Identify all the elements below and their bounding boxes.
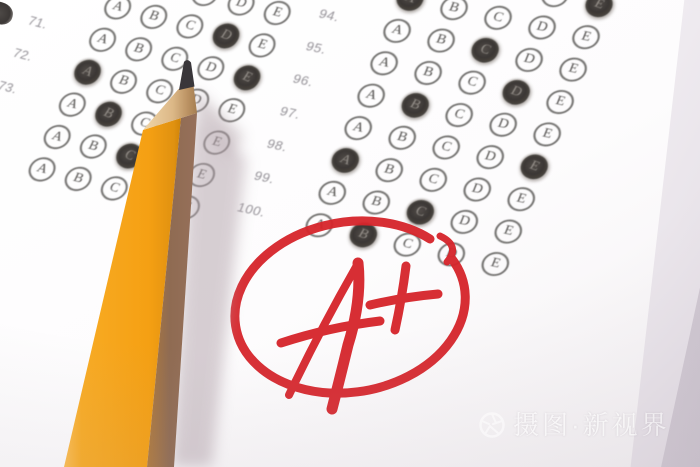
bubble-letter: A bbox=[49, 129, 65, 146]
answer-bubble: A bbox=[69, 56, 106, 88]
answer-bubble: C bbox=[466, 35, 503, 66]
bubble-letter: D bbox=[172, 125, 188, 142]
answer-bubble: B bbox=[106, 67, 142, 97]
bubble-letter: E bbox=[514, 191, 528, 207]
answer-bubble: A bbox=[39, 122, 75, 152]
answer-bubble: D bbox=[485, 110, 520, 139]
bubble-letter: B bbox=[355, 226, 372, 243]
answer-bubble: A bbox=[315, 178, 350, 207]
answer-bubble: C bbox=[441, 100, 476, 129]
bubble-letter: D bbox=[547, 0, 563, 3]
bubble-letter: B bbox=[434, 32, 449, 48]
answer-bubble: A bbox=[391, 0, 428, 14]
bubble-letter: B bbox=[146, 9, 162, 26]
answer-bubble: C bbox=[142, 76, 178, 106]
answer-bubble: C bbox=[416, 165, 451, 194]
answer-bubble: E bbox=[478, 249, 513, 278]
bubble-letter: B bbox=[407, 97, 424, 114]
answer-bubble: C bbox=[187, 0, 223, 9]
bubble-letter: A bbox=[79, 63, 97, 80]
answer-bubble: E bbox=[504, 185, 539, 214]
question-number: 100. bbox=[225, 198, 278, 222]
bubble-letter: D bbox=[507, 84, 524, 101]
bubble-letter: C bbox=[426, 172, 441, 188]
bubble-letter: D bbox=[482, 149, 498, 166]
bubble-letter: A bbox=[363, 87, 379, 104]
answer-bubble: A bbox=[85, 25, 121, 55]
bubble-letter: C bbox=[167, 50, 183, 67]
bubble-letter: B bbox=[100, 106, 117, 123]
bubble-letter: E bbox=[194, 167, 209, 184]
bubble-letter: A bbox=[401, 0, 418, 7]
bubble-letter: E bbox=[553, 94, 567, 110]
bubble-letter: C bbox=[152, 83, 168, 100]
bubble-letter: A bbox=[34, 161, 50, 178]
bubble-letter: E bbox=[540, 126, 554, 142]
answer-bubble: C bbox=[96, 173, 132, 203]
answer-bubble: C bbox=[157, 44, 193, 74]
answer-bubble: B bbox=[436, 0, 471, 23]
bubble-letter: C bbox=[400, 236, 415, 252]
answer-bubble: C bbox=[480, 3, 515, 32]
answer-bubble: E bbox=[568, 23, 603, 52]
bubble-letter: C bbox=[106, 180, 122, 197]
answer-bubble: E bbox=[529, 120, 564, 149]
question-number: 94. bbox=[303, 3, 356, 27]
answer-sheet-paper: ABCDEABCDE71.ABCDE72.ABCDE73.ABCDEABCDEA… bbox=[0, 0, 700, 467]
bubble-letter: A bbox=[337, 152, 354, 169]
answer-bubble: E bbox=[199, 128, 235, 158]
bubble-letter: B bbox=[395, 130, 410, 146]
bubble-letter: C bbox=[412, 204, 429, 221]
answer-bubble: D bbox=[434, 240, 469, 269]
bubble-letter: E bbox=[239, 69, 255, 86]
bubble-letter: C bbox=[465, 74, 480, 90]
bubble-letter: D bbox=[203, 60, 219, 77]
answer-bubble: D bbox=[163, 118, 199, 148]
bubble-letter: C bbox=[452, 107, 467, 123]
bubble-letter: D bbox=[495, 116, 511, 133]
bubble-letter: C bbox=[182, 18, 198, 35]
bubble-letter: D bbox=[521, 52, 537, 69]
answer-bubble: A bbox=[55, 90, 91, 120]
answer-bubble: E bbox=[555, 55, 590, 84]
bubble-letter: E bbox=[501, 223, 515, 239]
bubble-letter: C bbox=[121, 147, 138, 164]
bubble-letter: A bbox=[311, 217, 327, 234]
bubble-letter: B bbox=[382, 162, 397, 178]
bubble-letter: C bbox=[137, 115, 153, 132]
answer-bubble: E bbox=[259, 0, 295, 28]
answer-bubble: A bbox=[379, 16, 414, 45]
bubble-letter: E bbox=[179, 199, 194, 216]
bubble-letter: D bbox=[443, 246, 459, 263]
bubble-letter: D bbox=[157, 157, 173, 174]
bubble-letter: C bbox=[477, 42, 494, 59]
answer-bubble: A bbox=[302, 211, 337, 240]
bubble-letter: E bbox=[591, 0, 607, 13]
answer-bubble: D bbox=[497, 77, 534, 108]
bubble-letter: A bbox=[324, 185, 340, 202]
bubble-letter: A bbox=[64, 96, 80, 113]
bubble-letter: D bbox=[534, 19, 550, 36]
answer-bubble: C bbox=[429, 133, 464, 162]
answer-bubble: D bbox=[207, 20, 244, 52]
bubble-letter: E bbox=[566, 61, 580, 77]
answer-bubble: B bbox=[359, 188, 394, 217]
question-number: 71. bbox=[12, 10, 64, 35]
bubble-letter: E bbox=[255, 37, 270, 54]
answer-bubble: D bbox=[223, 0, 259, 18]
answer-bubble: C bbox=[172, 11, 208, 41]
question-number: 95. bbox=[290, 36, 343, 60]
answer-bubble: E bbox=[516, 151, 553, 182]
answer-bubble: E bbox=[244, 30, 280, 60]
bubble-letter: A bbox=[389, 23, 405, 40]
answer-bubble: D bbox=[473, 143, 508, 172]
bubble-letter: A bbox=[94, 31, 110, 48]
question-number: 96. bbox=[277, 68, 330, 92]
answer-bubble: B bbox=[385, 123, 420, 152]
answer-bubble: B bbox=[410, 58, 445, 87]
bubble-letter: D bbox=[469, 181, 485, 198]
answer-bubble: A bbox=[327, 145, 364, 176]
bubble-letter: E bbox=[526, 158, 542, 175]
answer-bubble: C bbox=[390, 230, 425, 259]
answer-bubble: E bbox=[184, 160, 220, 190]
bubble-letter: E bbox=[209, 134, 224, 151]
answer-bubble: E bbox=[580, 0, 617, 20]
answer-bubble: E bbox=[169, 192, 205, 222]
answer-bubble: D bbox=[524, 13, 559, 42]
question-number: 72. bbox=[0, 42, 49, 68]
answer-bubble: C bbox=[454, 68, 489, 97]
bubble-letter: D bbox=[456, 214, 472, 231]
question-number: 98. bbox=[251, 133, 304, 157]
answer-bubble: D bbox=[447, 207, 482, 236]
answer-bubble: D bbox=[178, 86, 214, 116]
answer-bubble: D bbox=[133, 183, 169, 213]
answer-bubble: B bbox=[372, 156, 407, 185]
bubble-letter: A bbox=[110, 0, 126, 16]
bubble-letter: E bbox=[224, 102, 239, 119]
answer-bubble: C bbox=[402, 197, 439, 228]
answer-bubble: E bbox=[228, 62, 265, 94]
bubble-letter: D bbox=[217, 27, 235, 44]
question-number: 99. bbox=[238, 165, 291, 189]
answer-bubble: A bbox=[341, 114, 376, 143]
answer-bubble: D bbox=[193, 53, 229, 83]
question-number bbox=[0, 107, 19, 119]
answer-bubble: C bbox=[111, 140, 148, 172]
answer-bubble: A bbox=[24, 154, 60, 184]
bubble-letter: E bbox=[270, 5, 285, 22]
bubble-letter: B bbox=[70, 171, 86, 188]
answer-bubble: B bbox=[136, 2, 172, 32]
bubble-letter: D bbox=[233, 0, 249, 12]
answer-bubble: B bbox=[75, 132, 111, 162]
bubble-letter: E bbox=[488, 256, 502, 272]
answer-bubble: E bbox=[214, 95, 250, 125]
bubble-letter: C bbox=[490, 10, 505, 26]
answer-bubble: B bbox=[396, 90, 433, 121]
bubble-letter: B bbox=[446, 0, 461, 16]
answer-bubble: C bbox=[127, 109, 163, 139]
question-number: 97. bbox=[264, 101, 317, 125]
bubble-letter: E bbox=[579, 29, 593, 45]
answer-bubble: D bbox=[537, 0, 572, 10]
bubble-letter: A bbox=[376, 55, 392, 72]
bubble-letter: D bbox=[142, 189, 158, 206]
answer-bubble: E bbox=[491, 217, 526, 246]
answer-bubble: E bbox=[542, 87, 577, 116]
answer-bubble: D bbox=[460, 175, 495, 204]
answer-bubble: B bbox=[121, 34, 157, 64]
question-number bbox=[0, 139, 4, 151]
photo-answer-sheet-scene: ABCDEABCDE71.ABCDE72.ABCDE73.ABCDEABCDEA… bbox=[0, 0, 700, 467]
answer-bubble: A bbox=[366, 49, 401, 78]
answer-bubble: B bbox=[345, 219, 382, 250]
bubble-letter: B bbox=[421, 65, 436, 81]
bubble-letter: A bbox=[350, 120, 366, 137]
answer-bubble: B bbox=[60, 164, 96, 194]
bubble-letter: C bbox=[439, 139, 454, 155]
bubble-letter: B bbox=[131, 41, 147, 58]
bubble-letter: B bbox=[369, 194, 384, 210]
bubble-letter: B bbox=[116, 73, 132, 90]
answer-bubble: B bbox=[90, 98, 127, 130]
answer-bubble: A bbox=[353, 81, 388, 110]
answer-bubble: B bbox=[423, 26, 458, 55]
answer-bubble: D bbox=[511, 45, 546, 74]
bubble-letter: D bbox=[188, 92, 204, 109]
answer-bubble: D bbox=[148, 151, 184, 181]
bubble-letter: C bbox=[197, 0, 213, 2]
answer-bubble: A bbox=[100, 0, 136, 22]
bubble-letter: B bbox=[86, 138, 102, 155]
question-number: 73. bbox=[0, 74, 34, 100]
